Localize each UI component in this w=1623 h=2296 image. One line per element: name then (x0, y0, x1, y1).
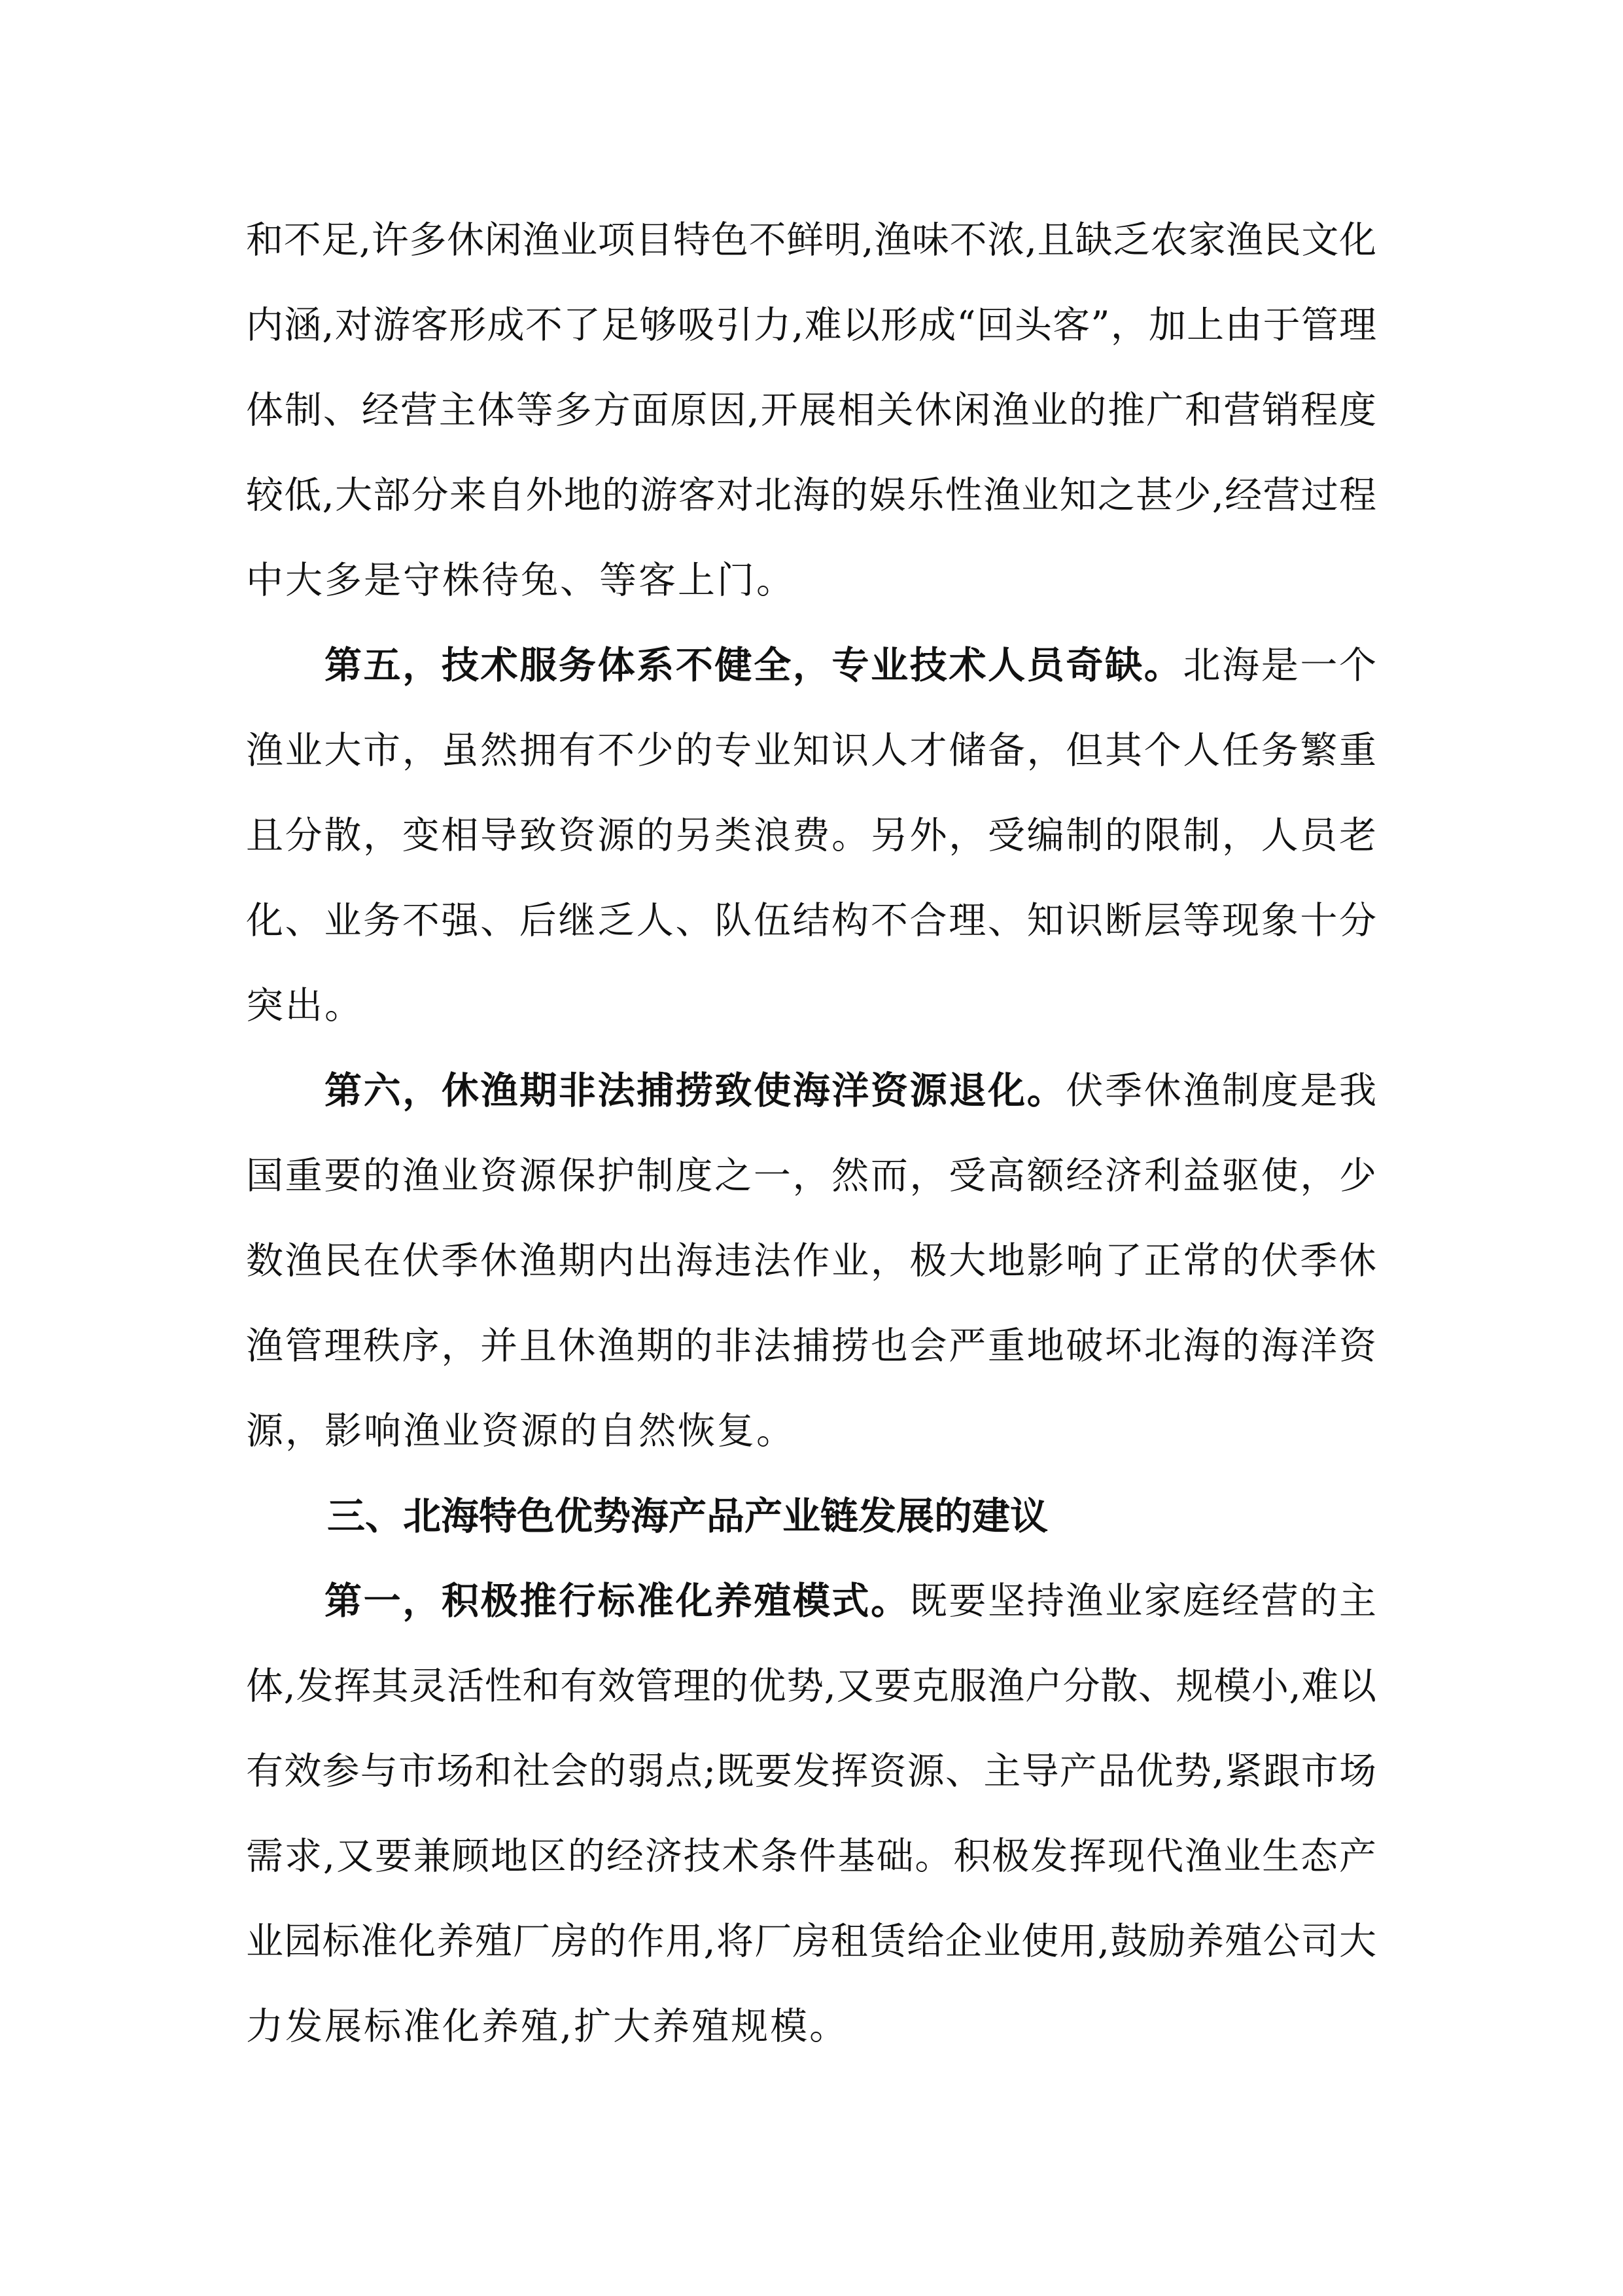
text-line: 体制、经营主体等多方面原因,开展相关休闲渔业的推广和营销程度 (246, 368, 1376, 453)
text-line: 有效参与市场和社会的弱点;既要发挥资源、主导产品优势,紧跟市场 (246, 1729, 1376, 1814)
text-line: 力发展标准化养殖,扩大养殖规模。 (246, 1984, 1376, 2069)
text-run: 北海是一个 (1183, 644, 1376, 687)
document-page: 和不足,许多休闲渔业项目特色不鲜明,渔味不浓,且缺乏农家渔民文化 内涵,对游客形… (0, 0, 1623, 2296)
text-line: 第五，技术服务体系不健全，专业技术人员奇缺。北海是一个 (246, 623, 1376, 708)
paragraph-sixth-point: 第六，休渔期非法捕捞致使海洋资源退化。伏季休渔制度是我 国重要的渔业资源保护制度… (246, 1048, 1376, 1474)
text-line: 化、业务不强、后继乏人、队伍结构不合理、知识断层等现象十分 (246, 878, 1376, 963)
text-line: 较低,大部分来自外地的游客对北海的娱乐性渔业知之甚少,经营过程 (246, 453, 1376, 538)
text-line: 体,发挥其灵活性和有效管理的优势,又要克服渔户分散、规模小,难以 (246, 1644, 1376, 1729)
paragraph-leisure-fishery: 和不足,许多休闲渔业项目特色不鲜明,渔味不浓,且缺乏农家渔民文化 内涵,对游客形… (246, 198, 1376, 623)
text-line: 渔业大市，虽然拥有不少的专业知识人才储备，但其个人任务繁重 (246, 708, 1376, 793)
document-body: 和不足,许多休闲渔业项目特色不鲜明,渔味不浓,且缺乏农家渔民文化 内涵,对游客形… (246, 198, 1376, 2069)
text-line: 业园标准化养殖厂房的作用,将厂房租赁给企业使用,鼓励养殖公司大 (246, 1899, 1376, 1984)
text-run: 既要坚持渔业家庭经营的主 (910, 1580, 1376, 1623)
text-line: 国重要的渔业资源保护制度之一，然而，受高额经济利益驱使，少 (246, 1133, 1376, 1218)
text-line: 内涵,对游客形成不了足够吸引力,难以形成“回头客”，加上由于管理 (246, 283, 1376, 368)
paragraph-fifth-point: 第五，技术服务体系不健全，专业技术人员奇缺。北海是一个 渔业大市，虽然拥有不少的… (246, 623, 1376, 1048)
paragraph-lead-bold: 第一，积极推行标准化养殖模式。 (324, 1580, 910, 1623)
paragraph-first-suggestion: 第一，积极推行标准化养殖模式。既要坚持渔业家庭经营的主 体,发挥其灵活性和有效管… (246, 1559, 1376, 2069)
text-line: 数渔民在伏季休渔期内出海违法作业，极大地影响了正常的伏季休 (246, 1218, 1376, 1303)
paragraph-lead-bold: 第五，技术服务体系不健全，专业技术人员奇缺。 (324, 644, 1183, 687)
text-line: 第六，休渔期非法捕捞致使海洋资源退化。伏季休渔制度是我 (246, 1048, 1376, 1133)
text-line: 源，影响渔业资源的自然恢复。 (246, 1388, 1376, 1474)
text-run: 伏季休渔制度是我 (1066, 1069, 1376, 1112)
text-line: 和不足,许多休闲渔业项目特色不鲜明,渔味不浓,且缺乏农家渔民文化 (246, 198, 1376, 283)
text-line: 第一，积极推行标准化养殖模式。既要坚持渔业家庭经营的主 (246, 1559, 1376, 1644)
text-line: 中大多是守株待兔、等客上门。 (246, 538, 1376, 623)
text-line: 突出。 (246, 963, 1376, 1048)
section-heading: 三、北海特色优势海产品产业链发展的建议 (246, 1474, 1376, 1559)
paragraph-lead-bold: 第六，休渔期非法捕捞致使海洋资源退化。 (324, 1069, 1066, 1112)
text-line: 渔管理秩序，并且休渔期的非法捕捞也会严重地破坏北海的海洋资 (246, 1303, 1376, 1388)
text-line: 且分散，变相导致资源的另类浪费。另外，受编制的限制，人员老 (246, 793, 1376, 878)
text-line: 需求,又要兼顾地区的经济技术条件基础。积极发挥现代渔业生态产 (246, 1814, 1376, 1899)
